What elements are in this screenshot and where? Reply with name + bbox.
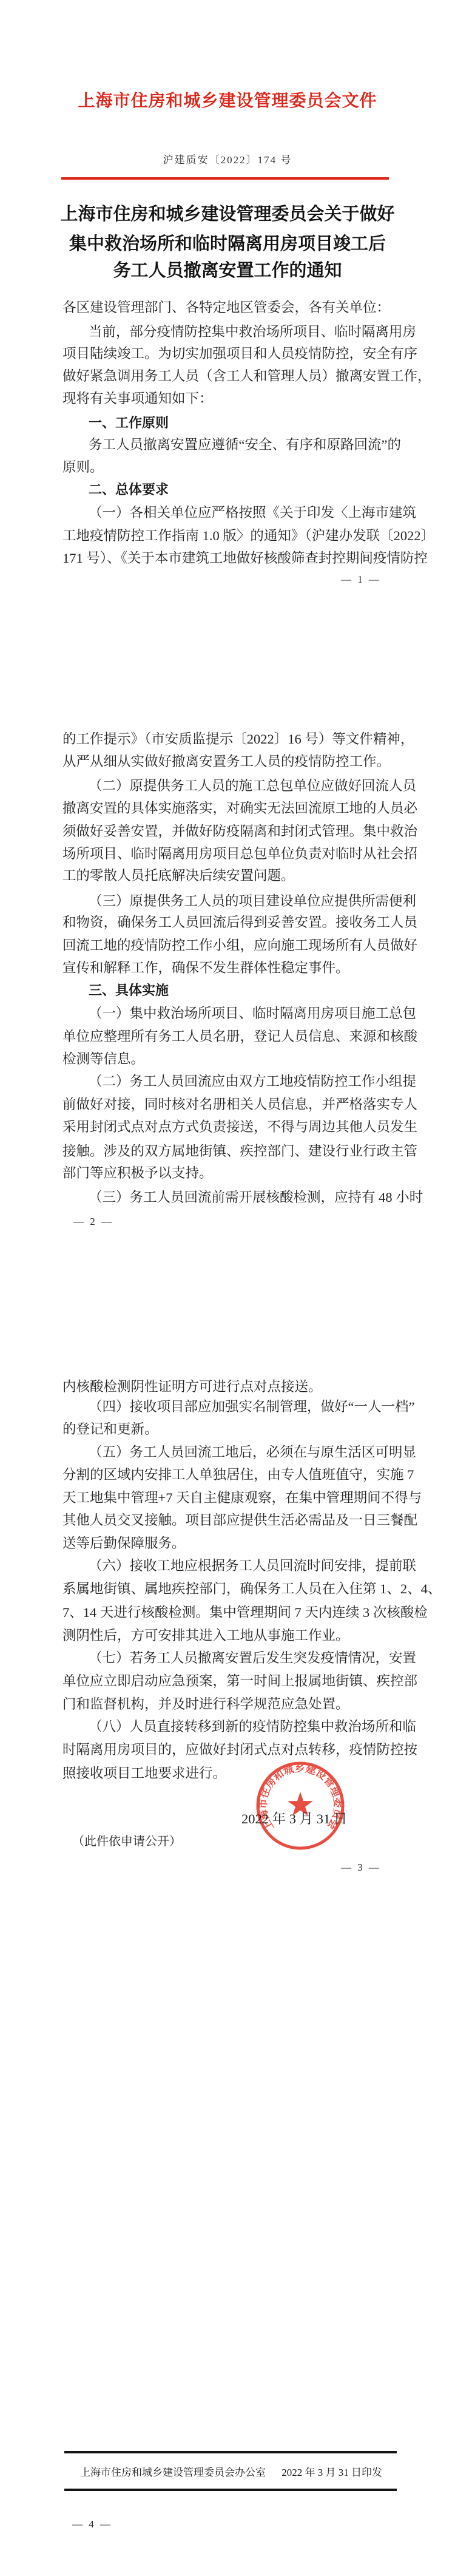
- text-line: 单位应立即启动应急预案，第一时间上报属地街镇、疾控部: [62, 1670, 396, 1692]
- text-line: 采用封闭式点对点方式负责接送，不得与周边其他人员发生: [62, 1116, 396, 1138]
- page-number-2: — 2 —: [73, 1215, 113, 1229]
- text-line: 其他人员交叉接触。项目部应提供生活必需品及一日三餐配: [62, 1509, 396, 1531]
- text-line: 工地疫情防控工作指南 1.0 版〉的通知》（沪建办发联〔2022〕: [62, 524, 396, 547]
- official-seal: 上海市住房和城乡建设管理委员会: [255, 1760, 346, 1851]
- document-title-line-1: 上海市住房和城乡建设管理委员会关于做好: [0, 202, 455, 226]
- document-title-line-3: 务工人员撤离安置工作的通知: [0, 259, 455, 283]
- footer-rule-bottom: [64, 2489, 397, 2491]
- disclosure-note: （此件依申请公开）: [72, 1832, 181, 1851]
- page-number-4: — 4 —: [72, 2517, 112, 2532]
- text-line: 的登记和更新。: [62, 1418, 396, 1440]
- document-number: 沪建质安〔2022〕174 号: [0, 152, 455, 168]
- section-heading: 一、工作原则: [62, 412, 396, 434]
- text-line: 部门等应积极予以支持。: [62, 1162, 396, 1184]
- text-line: （一）各相关单位应严格按照《关于印发〈上海市建筑: [62, 501, 396, 524]
- text-line: 须做好妥善安置，并做好防疫隔离和封闭式管理。集中救治: [62, 820, 396, 842]
- text-line: （三）原提供务工人员的项目建设单位应提供所需便利: [62, 890, 396, 912]
- text-line: （六）接收工地应根据务工人员回流时间安排，提前联: [62, 1554, 396, 1577]
- colophon-row: 上海市住房和城乡建设管理委员会办公室 2022 年 3 月 31 日印发: [64, 2465, 397, 2481]
- page-4: 上海市住房和城乡建设管理委员会办公室 2022 年 3 月 31 日印发 — 4…: [0, 1932, 455, 2576]
- text-line: 内核酸检测阴性证明方可进行点对点接送。: [62, 1375, 396, 1398]
- text-line: （一）集中救治场所项目、临时隔离用房项目施工总包: [62, 1002, 396, 1025]
- issuer-office: 上海市住房和城乡建设管理委员会办公室: [80, 2465, 266, 2481]
- text-line: （四）接收项目部应加强实名制管理，做好“一人一档”: [62, 1395, 396, 1418]
- text-line: （五）务工人员回流工地后，必须在与原生活区可明显: [62, 1441, 396, 1463]
- seal-star-icon: [288, 1792, 313, 1816]
- text-line: 撤离安置的具体实施落实，对确实无法回流原工地的人员必: [62, 797, 396, 819]
- text-line: 检测等信息。: [62, 1048, 396, 1070]
- text-line: 的工作提示》（市安质监提示〔2022〕16 号）等文件精神，: [62, 728, 396, 750]
- text-line: 前做好对接，同时核对名册相关人员信息，并严格落实专人: [62, 1093, 396, 1116]
- text-line: 原则。: [62, 456, 396, 478]
- text-line: 工的零散人员托底解决后续安置问题。: [62, 864, 396, 887]
- page-number-3: — 3 —: [62, 1860, 381, 1875]
- section-heading: 三、具体实施: [62, 979, 396, 1002]
- text-line: 系属地街镇、属地疾控部门，确保务工人员在入住第 1、2、4、: [62, 1578, 396, 1600]
- text-line: （二）原提供务工人员的施工总包单位应做好回流人员: [62, 774, 396, 797]
- page-2: 的工作提示》（市安质监提示〔2022〕16 号）等文件精神， 从严从细从实做好撤…: [0, 644, 455, 1288]
- page-3: 内核酸检测阴性证明方可进行点对点接送。 （四）接收项目部应加强实名制管理，做好“…: [0, 1288, 455, 1932]
- text-line: （二）务工人员回流应由双方工地疫情防控工作小组提: [62, 1070, 396, 1093]
- letterhead-divider: [61, 177, 389, 180]
- document-title-line-2: 集中救治场所和临时隔离用房项目竣工后: [0, 232, 455, 256]
- page-number-1: — 1 —: [62, 572, 381, 587]
- text-line: 回流工地的疫情防控工作小组，应向施工现场所有人员做好: [62, 934, 396, 957]
- text-line: 宣传和解释工作，确保不发生群体性稳定事件。: [62, 957, 396, 979]
- text-line: 天工地集中管理+7 天自主健康观察，在集中管理期间不得与: [62, 1486, 396, 1509]
- text-line: 从严从细从实做好撤离安置务工人员的疫情防控工作。: [62, 750, 396, 773]
- text-line: 测阴性后，方可安排其进入工地从事施工作业。: [62, 1624, 396, 1647]
- page-1: 上海市住房和城乡建设管理委员会文件 沪建质安〔2022〕174 号 上海市住房和…: [0, 0, 455, 644]
- text-line: 送等后勤保障服务。: [62, 1532, 396, 1554]
- text-line: 和物资，确保务工人员回流后得到妥善安置。接收务工人员: [62, 911, 396, 934]
- text-line: 当前，部分疫情防控集中救治场所项目、临时隔离用房: [62, 320, 396, 343]
- text-line: 项目陆续竣工。为切实加强项目和人员疫情防控，安全有序: [62, 342, 396, 365]
- document-canvas: 上海市住房和城乡建设管理委员会文件 沪建质安〔2022〕174 号 上海市住房和…: [0, 0, 455, 2576]
- text-line: 时隔离用房项目的，应做好封闭式点对点转移，疫情防控按: [62, 1738, 396, 1761]
- footer-rule-top: [64, 2451, 397, 2453]
- print-date: 2022 年 3 月 31 日印发: [281, 2465, 382, 2481]
- text-line: 门和监督机构，并及时进行科学规范应急处置。: [62, 1693, 396, 1715]
- text-line: 接触。涉及的双方属地街镇、疾控部门、建设行业行政主管: [62, 1140, 396, 1162]
- text-line: 171 号）、《关于本市建筑工地做好核酸筛查封控期间疫情防控: [62, 547, 396, 569]
- section-heading: 二、总体要求: [62, 478, 396, 501]
- letterhead-org-name: 上海市住房和城乡建设管理委员会文件: [0, 89, 455, 114]
- text-line: 做好紧急调用务工人员（含工人和管理人员）撤离安置工作，: [62, 365, 396, 387]
- salutation-line: 各区建设管理部门、各特定地区管委会，各有关单位：: [62, 296, 396, 319]
- text-line: 场所项目、临时隔离用房项目总包单位负责对临时从社会招: [62, 842, 396, 865]
- text-line: 分割的区域内安排工人单独居住，由专人值班值守，实施 7: [62, 1463, 396, 1486]
- text-line: 单位应整理所有务工人员名册，登记人员信息、来源和核酸: [62, 1025, 396, 1048]
- text-line: 务工人员撤离安置应遵循“安全、有序和原路回流”的: [62, 433, 396, 456]
- text-line: （三）务工人员回流前需开展核酸检测，应持有 48 小时: [62, 1186, 396, 1208]
- text-line: （七）若务工人员撤离安置后发生突发疫情情况，安置: [62, 1647, 396, 1669]
- text-line: 现将有关事项通知如下：: [62, 387, 396, 410]
- official-seal-graphic: 上海市住房和城乡建设管理委员会: [255, 1760, 346, 1851]
- text-line: 7、14 天进行核酸检测。集中管理期间 7 天内连续 3 次核酸检: [62, 1601, 396, 1624]
- text-line: 照接收项目工地要求进行。: [62, 1762, 396, 1785]
- text-line: （八）人员直接转移到新的疫情防控集中救治场所和临: [62, 1715, 396, 1738]
